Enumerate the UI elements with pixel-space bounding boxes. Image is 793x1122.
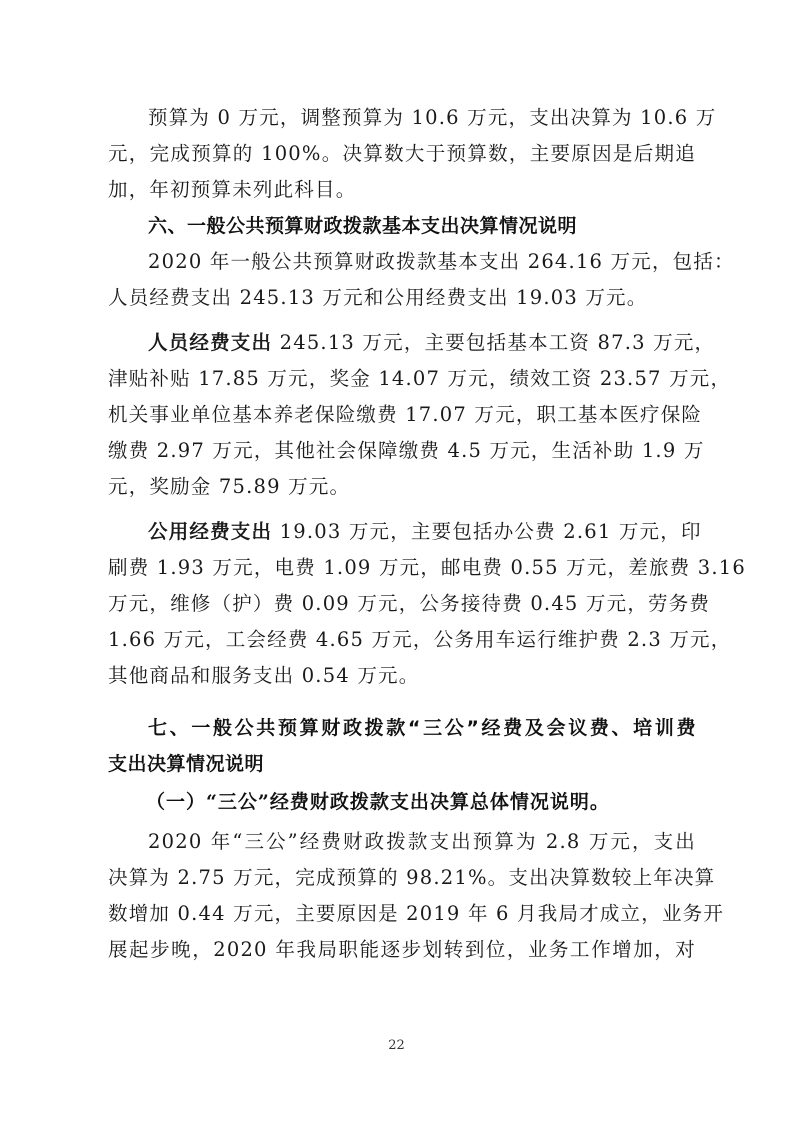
paragraph-line: 预算为 0 万元，调整预算为 10.6 万元，支出决算为 10.6 万 [148,100,696,136]
public-expense-paragraph-start: 公用经费支出 19.03 万元，主要包括办公费 2.61 万元，印 [148,514,696,550]
paragraph-line: 元，奖励金 75.89 万元。 [108,469,350,505]
paragraph-line: 缴费 2.97 万元，其他社会保障缴费 4.5 万元，生活补助 1.9 万 [108,433,696,469]
paragraph-line: 人员经费支出 245.13 万元和公用经费支出 19.03 万元。 [108,280,647,316]
paragraph-text: 19.03 万元，主要包括办公费 2.61 万元，印 [272,520,701,543]
paragraph-line: 机关事业单位基本养老保险缴费 17.07 万元，职工基本医疗保险 [108,397,696,433]
paragraph-line: 津贴补贴 17.85 万元，奖金 14.07 万元，绩效工资 23.57 万元， [108,361,696,397]
paragraph-line: 元，完成预算的 100%。决算数大于预算数，主要原因是后期追 [108,136,696,172]
paragraph-text: 245.13 万元，主要包括基本工资 87.3 万元， [272,331,715,354]
section-heading-7-continued: 支出决算情况说明 [108,746,264,782]
personnel-expense-label: 人员经费支出 [148,331,272,354]
paragraph-line: 万元，维修（护）费 0.09 万元，公务接待费 0.45 万元，劳务费 [108,586,696,622]
subsection-heading-1: （一）“三公”经费财政拨款支出决算总体情况说明。 [146,784,610,820]
paragraph-line: 展起步晚，2020 年我局职能逐步划转到位，业务工作增加，对 [108,932,696,968]
paragraph-line: 决算为 2.75 万元，完成预算的 98.21%。支出决算数较上年决算 [108,860,696,896]
page-number: 22 [0,1038,793,1053]
section-heading-7: 七、一般公共预算财政拨款“三公”经费及会议费、培训费 [148,710,696,746]
public-expense-label: 公用经费支出 [148,520,272,543]
personnel-expense-paragraph-start: 人员经费支出 245.13 万元，主要包括基本工资 87.3 万元， [148,325,696,361]
paragraph-line: 1.66 万元，工会经费 4.65 万元，公务用车运行维护费 2.3 万元， [108,622,696,658]
paragraph-line: 刷费 1.93 万元，电费 1.09 万元，邮电费 0.55 万元，差旅费 3.… [108,550,696,586]
section-heading-6: 六、一般公共预算财政拨款基本支出决算情况说明 [148,208,696,244]
paragraph-line: 其他商品和服务支出 0.54 万元。 [108,658,419,694]
paragraph-line: 加，年初预算未列此科目。 [108,172,356,208]
paragraph-line: 数增加 0.44 万元，主要原因是 2019 年 6 月我局才成立，业务开 [108,896,696,932]
paragraph-line: 2020 年“三公”经费财政拨款支出预算为 2.8 万元，支出 [148,824,696,860]
paragraph-line: 2020 年一般公共预算财政拨款基本支出 264.16 万元，包括： [148,244,696,280]
